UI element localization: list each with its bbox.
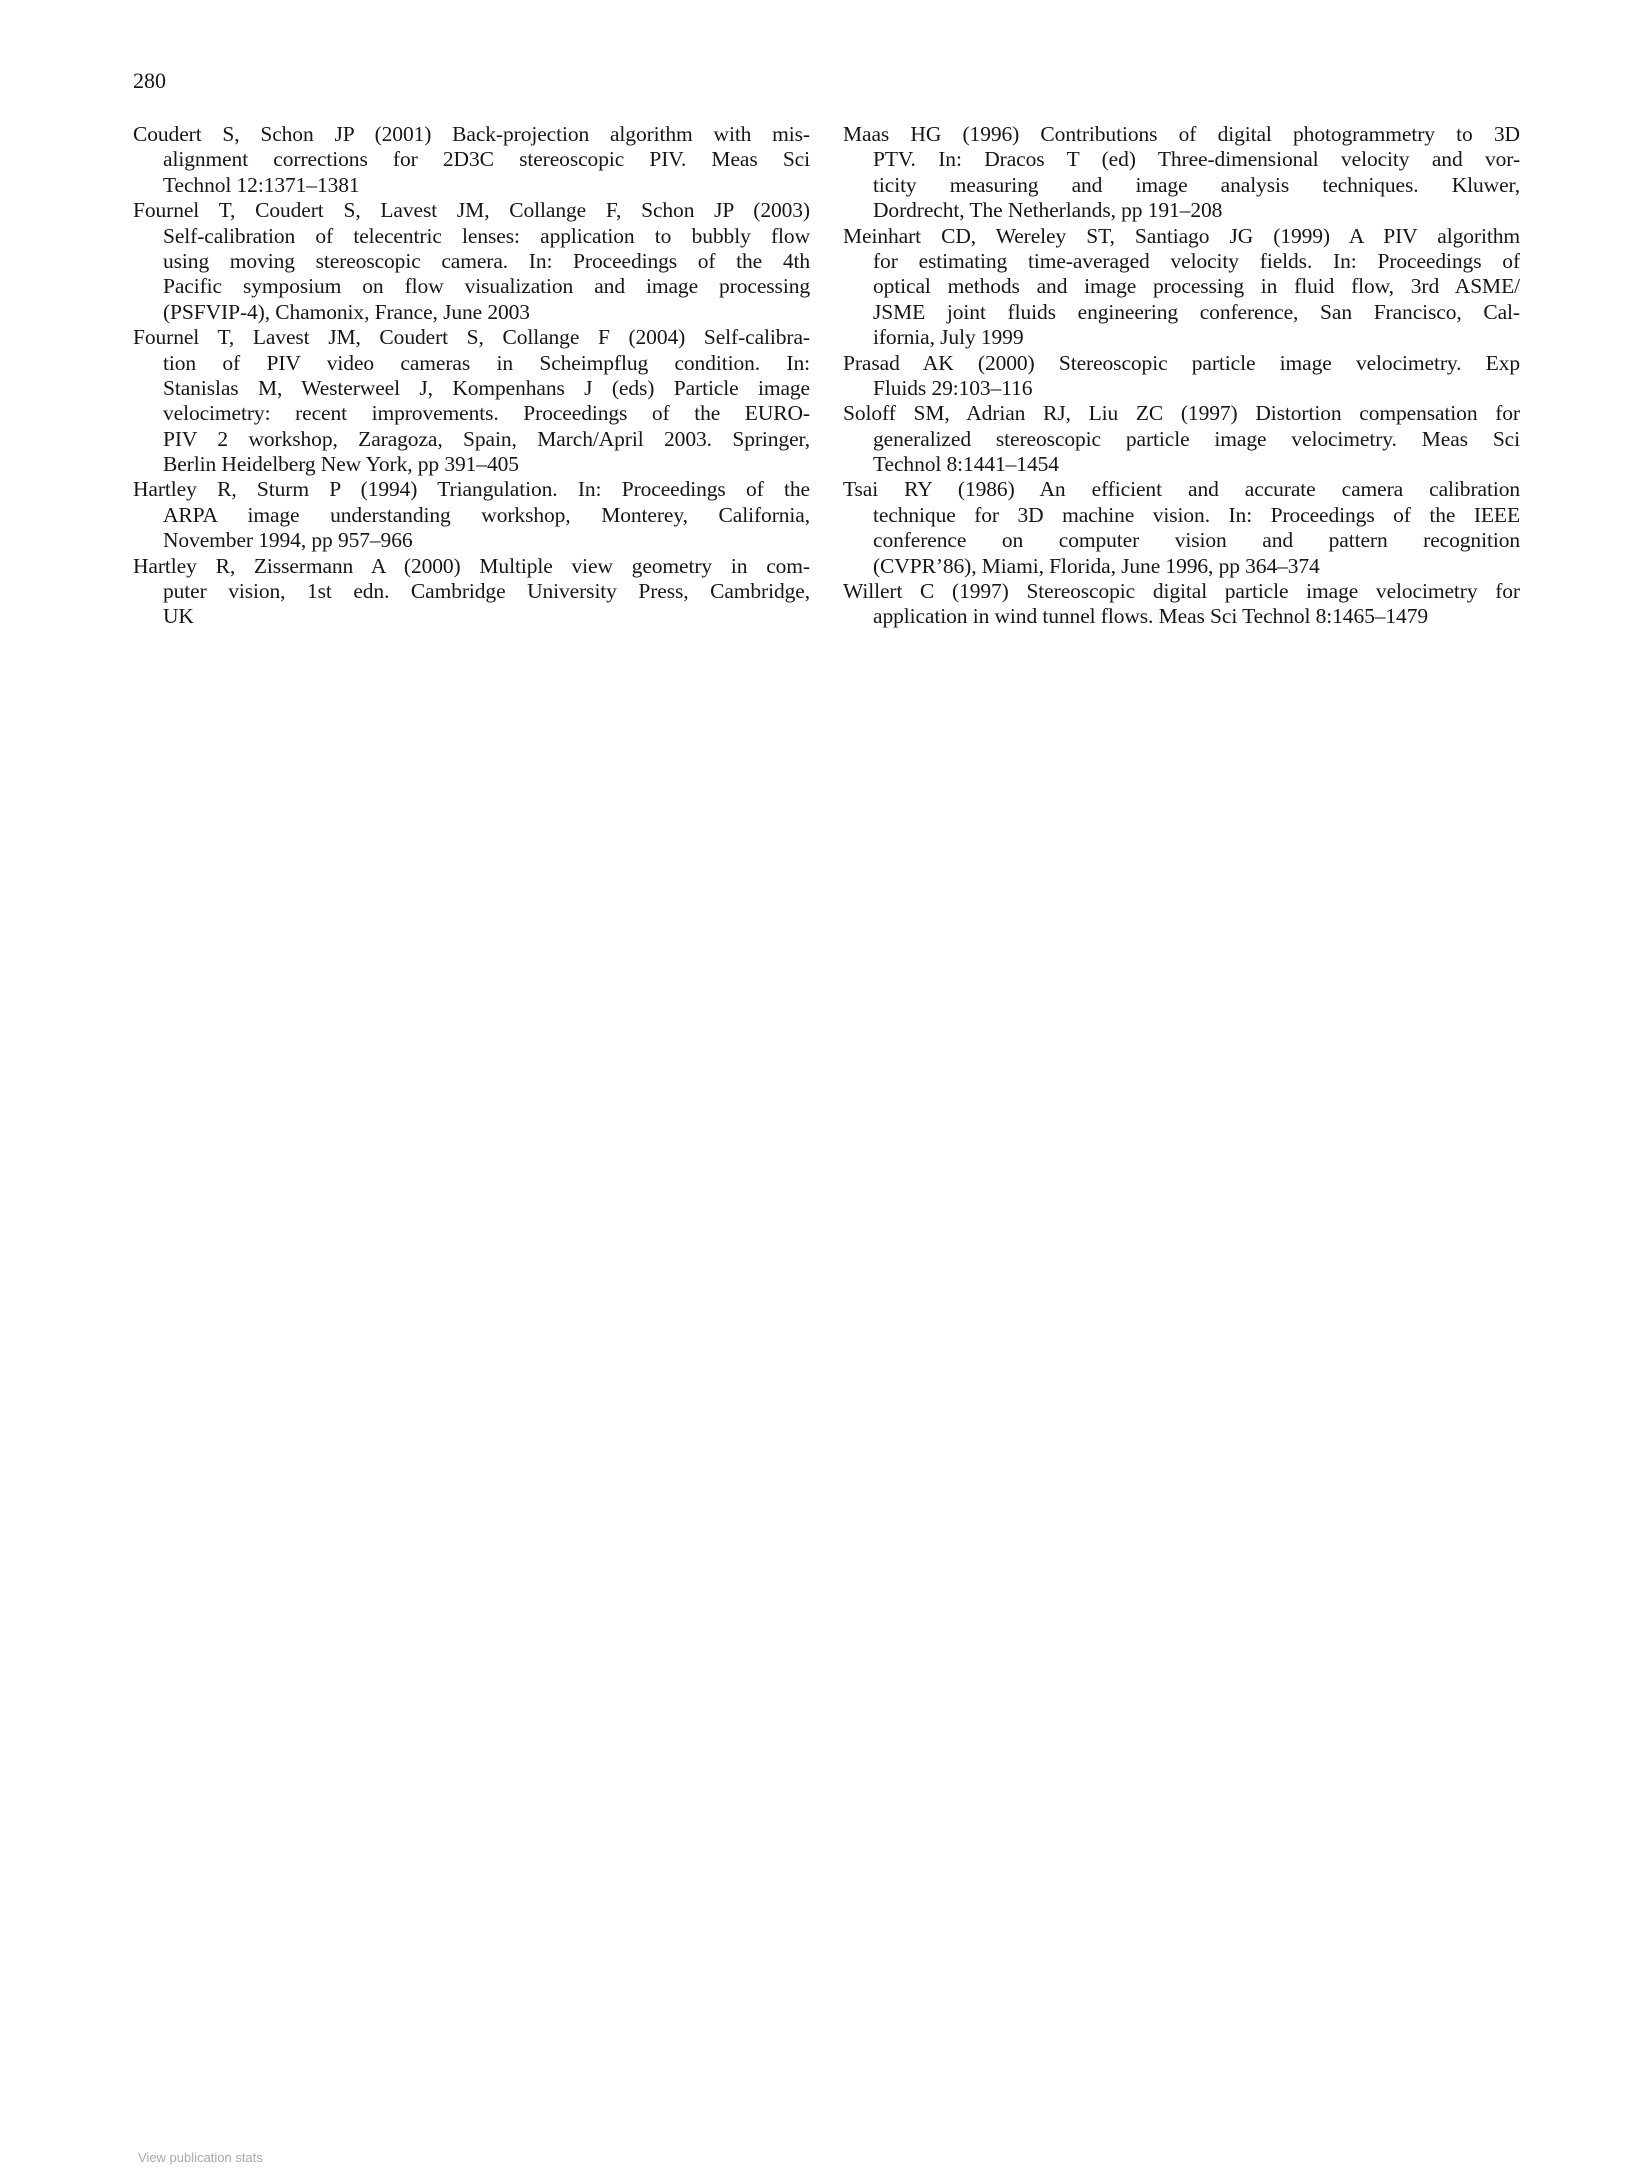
reference-entry: Soloff SM, Adrian RJ, Liu ZC (1997) Dist… bbox=[843, 401, 1520, 477]
reference-line: (PSFVIP-4), Chamonix, France, June 2003 bbox=[133, 300, 810, 325]
reference-line: Fournel T, Lavest JM, Coudert S, Collang… bbox=[133, 325, 810, 350]
references-column-right: Maas HG (1996) Contributions of digital … bbox=[843, 122, 1520, 630]
reference-entry: Hartley R, Zissermann A (2000) Multiple … bbox=[133, 554, 810, 630]
view-publication-stats-link[interactable]: View publication stats bbox=[138, 2150, 263, 2166]
reference-line: JSME joint fluids engineering conference… bbox=[843, 300, 1520, 325]
reference-line: Maas HG (1996) Contributions of digital … bbox=[843, 122, 1520, 147]
reference-line: velocimetry: recent improvements. Procee… bbox=[133, 401, 810, 426]
reference-line: Technol 12:1371–1381 bbox=[133, 173, 810, 198]
reference-line: Pacific symposium on flow visualization … bbox=[133, 274, 810, 299]
reference-line: puter vision, 1st edn. Cambridge Univers… bbox=[133, 579, 810, 604]
reference-line: Hartley R, Sturm P (1994) Triangulation.… bbox=[133, 477, 810, 502]
reference-entry: Fournel T, Coudert S, Lavest JM, Collang… bbox=[133, 198, 810, 325]
reference-line: Hartley R, Zissermann A (2000) Multiple … bbox=[133, 554, 810, 579]
reference-line: Technol 8:1441–1454 bbox=[843, 452, 1520, 477]
reference-entry: Tsai RY (1986) An efficient and accurate… bbox=[843, 477, 1520, 579]
reference-line: using moving stereoscopic camera. In: Pr… bbox=[133, 249, 810, 274]
reference-line: technique for 3D machine vision. In: Pro… bbox=[843, 503, 1520, 528]
reference-entry: Coudert S, Schon JP (2001) Back-projecti… bbox=[133, 122, 810, 198]
reference-entry: Fournel T, Lavest JM, Coudert S, Collang… bbox=[133, 325, 810, 477]
reference-line: Fluids 29:103–116 bbox=[843, 376, 1520, 401]
paper-page: 280 Coudert S, Schon JP (2001) Back-proj… bbox=[0, 0, 1652, 2180]
reference-line: Berlin Heidelberg New York, pp 391–405 bbox=[133, 452, 810, 477]
reference-line: Soloff SM, Adrian RJ, Liu ZC (1997) Dist… bbox=[843, 401, 1520, 426]
reference-line: generalized stereoscopic particle image … bbox=[843, 427, 1520, 452]
reference-line: ifornia, July 1999 bbox=[843, 325, 1520, 350]
reference-line: November 1994, pp 957–966 bbox=[133, 528, 810, 553]
reference-line: tion of PIV video cameras in Scheimpflug… bbox=[133, 351, 810, 376]
reference-line: application in wind tunnel flows. Meas S… bbox=[843, 604, 1520, 629]
reference-entry: Meinhart CD, Wereley ST, Santiago JG (19… bbox=[843, 224, 1520, 351]
reference-entry: Maas HG (1996) Contributions of digital … bbox=[843, 122, 1520, 224]
references-column-left: Coudert S, Schon JP (2001) Back-projecti… bbox=[133, 122, 810, 630]
reference-line: ticity measuring and image analysis tech… bbox=[843, 173, 1520, 198]
page-number: 280 bbox=[133, 68, 166, 94]
reference-line: Dordrecht, The Netherlands, pp 191–208 bbox=[843, 198, 1520, 223]
reference-line: Willert C (1997) Stereoscopic digital pa… bbox=[843, 579, 1520, 604]
reference-entry: Willert C (1997) Stereoscopic digital pa… bbox=[843, 579, 1520, 630]
reference-line: optical methods and image processing in … bbox=[843, 274, 1520, 299]
reference-line: PIV 2 workshop, Zaragoza, Spain, March/A… bbox=[133, 427, 810, 452]
reference-line: Self-calibration of telecentric lenses: … bbox=[133, 224, 810, 249]
reference-entry: Hartley R, Sturm P (1994) Triangulation.… bbox=[133, 477, 810, 553]
reference-line: (CVPR’86), Miami, Florida, June 1996, pp… bbox=[843, 554, 1520, 579]
references-section: Coudert S, Schon JP (2001) Back-projecti… bbox=[133, 122, 1520, 630]
reference-line: Coudert S, Schon JP (2001) Back-projecti… bbox=[133, 122, 810, 147]
reference-line: conference on computer vision and patter… bbox=[843, 528, 1520, 553]
reference-line: Prasad AK (2000) Stereoscopic particle i… bbox=[843, 351, 1520, 376]
reference-line: Stanislas M, Westerweel J, Kompenhans J … bbox=[133, 376, 810, 401]
reference-line: for estimating time-averaged velocity fi… bbox=[843, 249, 1520, 274]
reference-line: Tsai RY (1986) An efficient and accurate… bbox=[843, 477, 1520, 502]
reference-line: ARPA image understanding workshop, Monte… bbox=[133, 503, 810, 528]
reference-entry: Prasad AK (2000) Stereoscopic particle i… bbox=[843, 351, 1520, 402]
reference-line: Fournel T, Coudert S, Lavest JM, Collang… bbox=[133, 198, 810, 223]
reference-line: PTV. In: Dracos T (ed) Three-dimensional… bbox=[843, 147, 1520, 172]
reference-line: Meinhart CD, Wereley ST, Santiago JG (19… bbox=[843, 224, 1520, 249]
reference-line: alignment corrections for 2D3C stereosco… bbox=[133, 147, 810, 172]
reference-line: UK bbox=[133, 604, 810, 629]
